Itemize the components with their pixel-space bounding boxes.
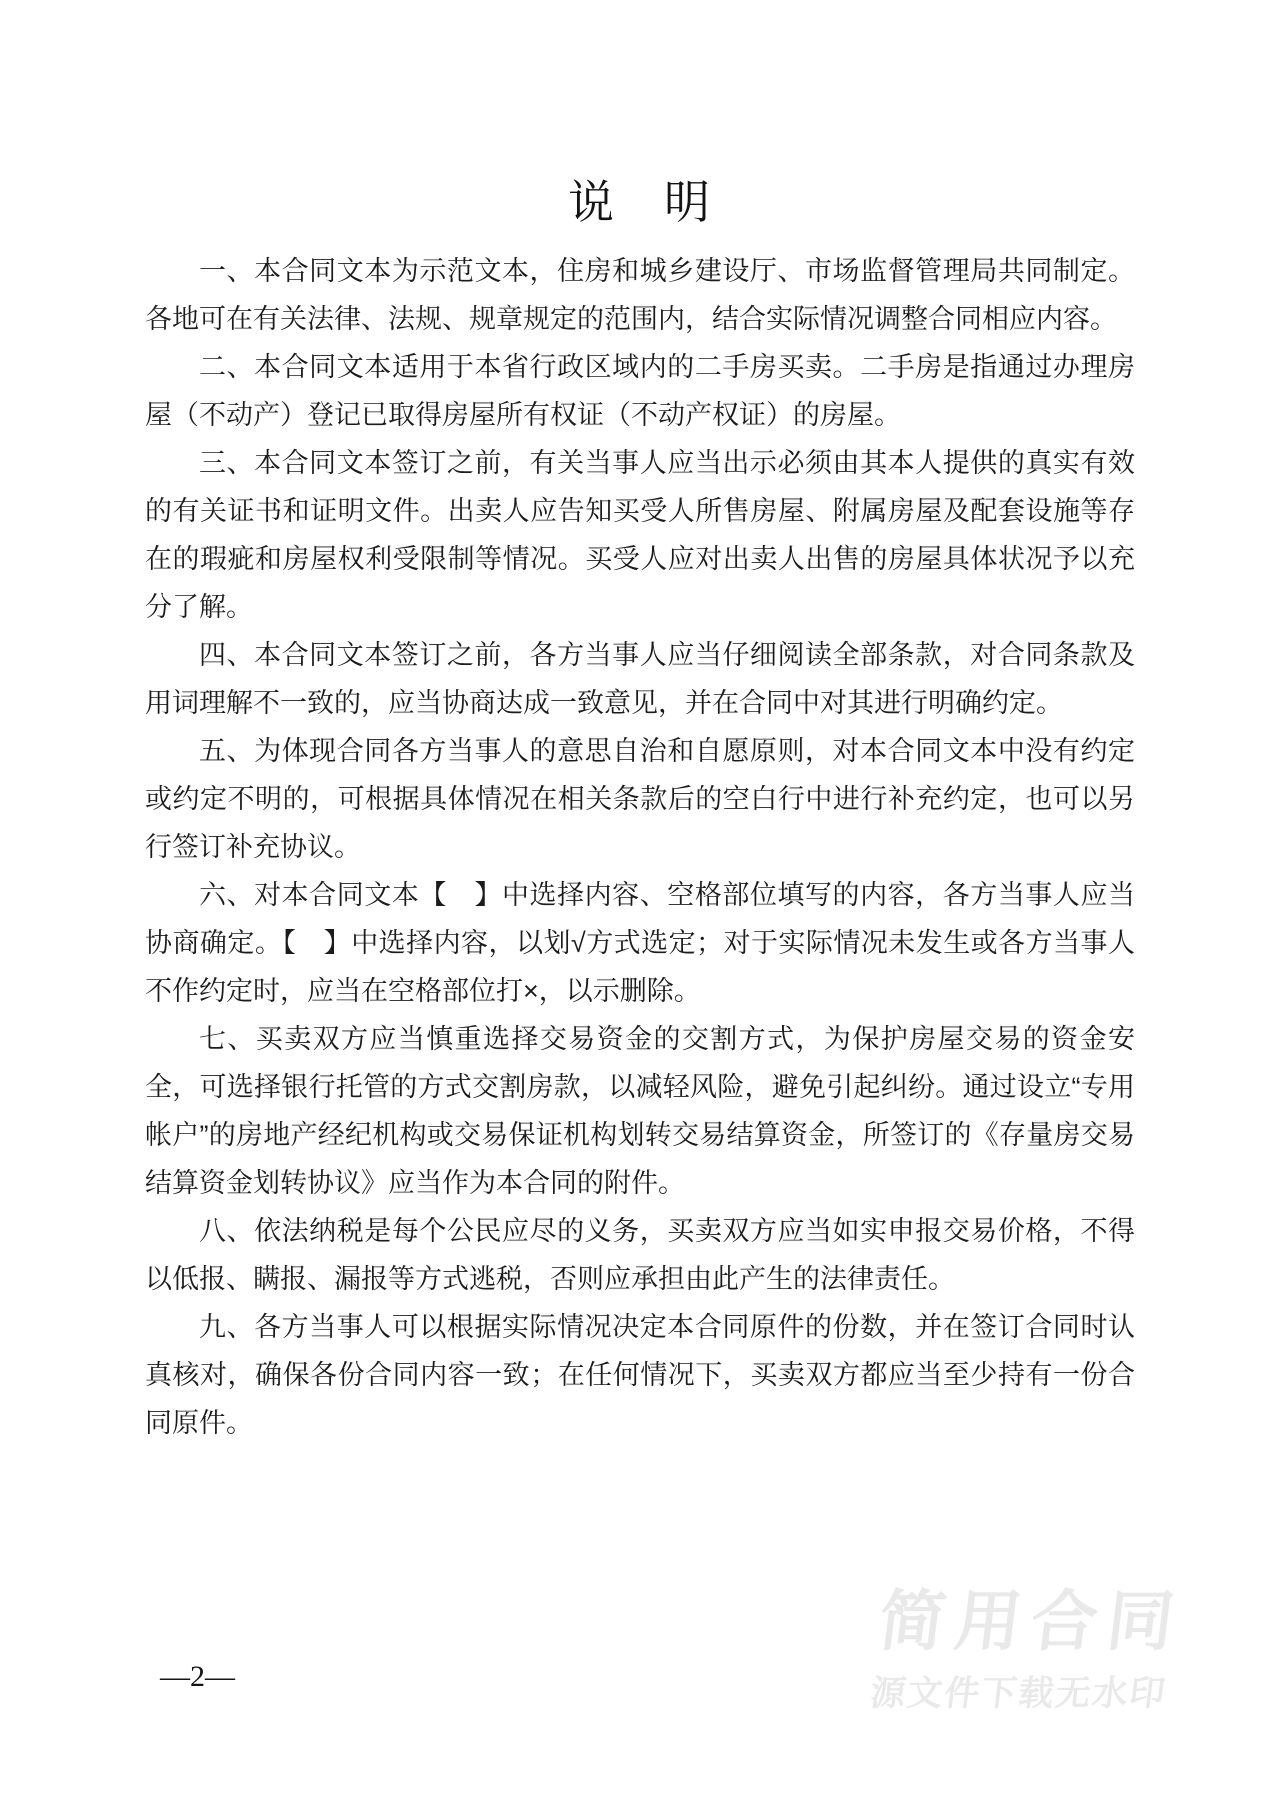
paragraph-1: 一、本合同文本为示范文本，住房和城乡建设厅、市场监督管理局共同制定。各地可在有关… — [145, 247, 1135, 343]
paragraph-6: 六、对本合同文本【 】中选择内容、空格部位填写的内容，各方当事人应当协商确定。【… — [145, 871, 1135, 1015]
watermark-tagline-text: 源文件下载无水印 — [868, 1676, 1176, 1712]
watermark: 简用合同 源文件下载无水印 — [868, 1586, 1187, 1712]
paragraph-9: 九、各方当事人可以根据实际情况决定本合同原件的份数，并在签订合同时认真核对，确保… — [145, 1303, 1135, 1447]
document-body: 一、本合同文本为示范文本，住房和城乡建设厅、市场监督管理局共同制定。各地可在有关… — [145, 247, 1135, 1447]
page-number: —2— — [160, 1660, 235, 1694]
paragraph-7: 七、买卖双方应当慎重选择交易资金的交割方式，为保护房屋交易的资金安全，可选择银行… — [145, 1015, 1135, 1207]
paragraph-8: 八、依法纳税是每个公民应尽的义务，买卖双方应当如实申报交易价格，不得以低报、瞒报… — [145, 1207, 1135, 1303]
paragraph-5: 五、为体现合同各方当事人的意思自治和自愿原则，对本合同文本中没有约定或约定不明的… — [145, 727, 1135, 871]
watermark-brand-text: 简用合同 — [875, 1586, 1188, 1656]
paragraph-4: 四、本合同文本签订之前，各方当事人应当仔细阅读全部条款，对合同条款及用词理解不一… — [145, 631, 1135, 727]
document-page: 说 明 一、本合同文本为示范文本，住房和城乡建设厅、市场监督管理局共同制定。各地… — [0, 0, 1280, 1810]
paragraph-3: 三、本合同文本签订之前，有关当事人应当出示必须由其本人提供的真实有效的有关证书和… — [145, 439, 1135, 631]
paragraph-2: 二、本合同文本适用于本省行政区域内的二手房买卖。二手房是指通过办理房屋（不动产）… — [145, 343, 1135, 439]
page-title: 说 明 — [0, 166, 1280, 232]
